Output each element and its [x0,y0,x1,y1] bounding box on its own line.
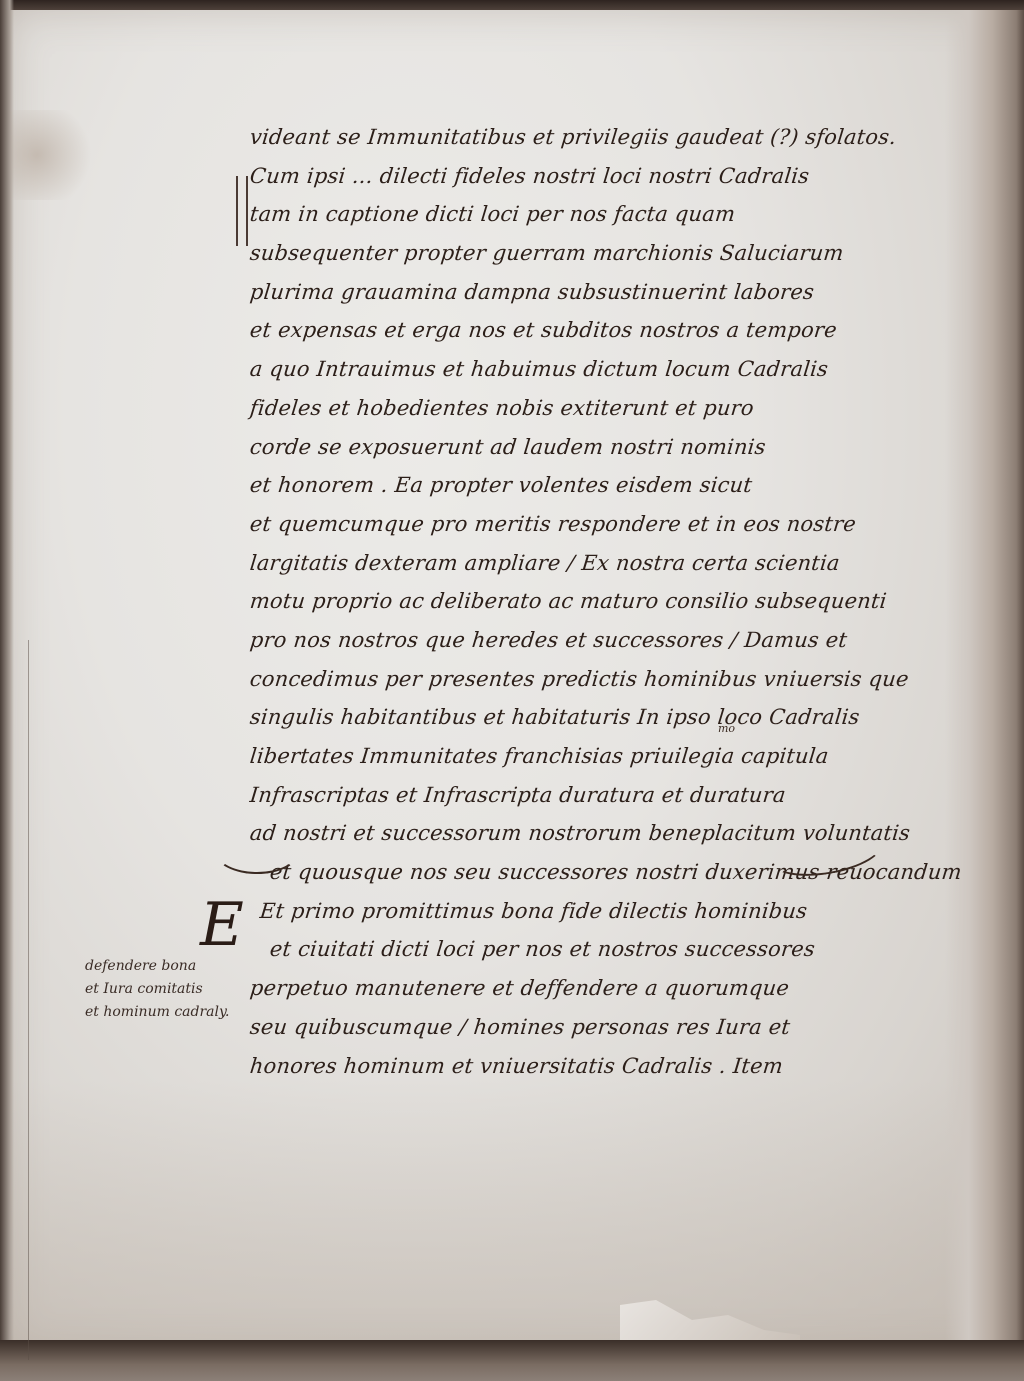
water-stain [10,110,100,200]
marginal-note-line-3: et hominum cadraly. [85,1001,255,1024]
text-line-19: ad nostri et successorum nostrorum benep… [248,814,862,853]
marginal-note-line-1: defendere bona [85,955,255,978]
backdrop-bottom [0,1340,1024,1381]
text-line-1: videant se Immunitatibus et privilegiis … [248,118,862,157]
superscript-annotation: mo [718,722,735,735]
text-line-17: libertates Immunitates franchisias priui… [248,737,862,776]
text-line-13: motu proprio ac deliberato ac maturo con… [248,582,862,621]
marginal-note-line-2: et Iura comitatis [85,978,255,1001]
decorated-initial: E [200,895,244,955]
marginal-note: defendere bona et Iura comitatis et homi… [85,955,255,1024]
text-line-3: tam in captione dicti loci per nos facta… [248,195,862,234]
text-line-5: plurima grauamina dampna subsustinuerint… [248,273,862,312]
flourish-stroke [215,830,299,874]
text-line-22: et ciuitati dicti loci per nos et nostro… [248,930,862,969]
ruling-line-left [28,640,29,1360]
main-text-block: videant se Immunitatibus et privilegiis … [250,118,860,1085]
binding-edge-left [0,0,14,1381]
text-line-9: corde se exposuerunt ad laudem nostri no… [248,428,862,467]
text-line-24: seu quibuscumque / homines personas res … [248,1008,862,1047]
text-line-15: concedimus per presentes predictis homin… [248,660,862,699]
text-line-23: perpetuo manutenere et deffendere a quor… [248,969,862,1008]
text-line-4: subsequenter propter guerram marchionis … [248,234,862,273]
text-line-18: Infrascriptas et Infrascripta duratura e… [248,776,862,815]
text-line-2: Cum ipsi ... dilecti fideles nostri loci… [248,157,862,196]
text-line-21: Et primo promittimus bona fide dilectis … [248,892,862,931]
torn-edge-right [945,10,1024,1350]
text-line-14: pro nos nostros que heredes et successor… [248,621,862,660]
text-line-25: honores hominum et vniuersitatis Cadrali… [248,1047,862,1086]
text-line-12: largitatis dexteram ampliare / Ex nostra… [248,544,862,583]
text-line-8: fideles et hobedientes nobis extiterunt … [248,389,862,428]
text-line-6: et expensas et erga nos et subditos nost… [248,311,862,350]
text-line-11: et quemcumque pro meritis respondere et … [248,505,862,544]
text-line-10: et honorem . Ea propter volentes eisdem … [248,466,862,505]
text-line-7: a quo Intrauimus et habuimus dictum locu… [248,350,862,389]
text-line-16: singulis habitantibus et habitaturis In … [248,698,862,737]
